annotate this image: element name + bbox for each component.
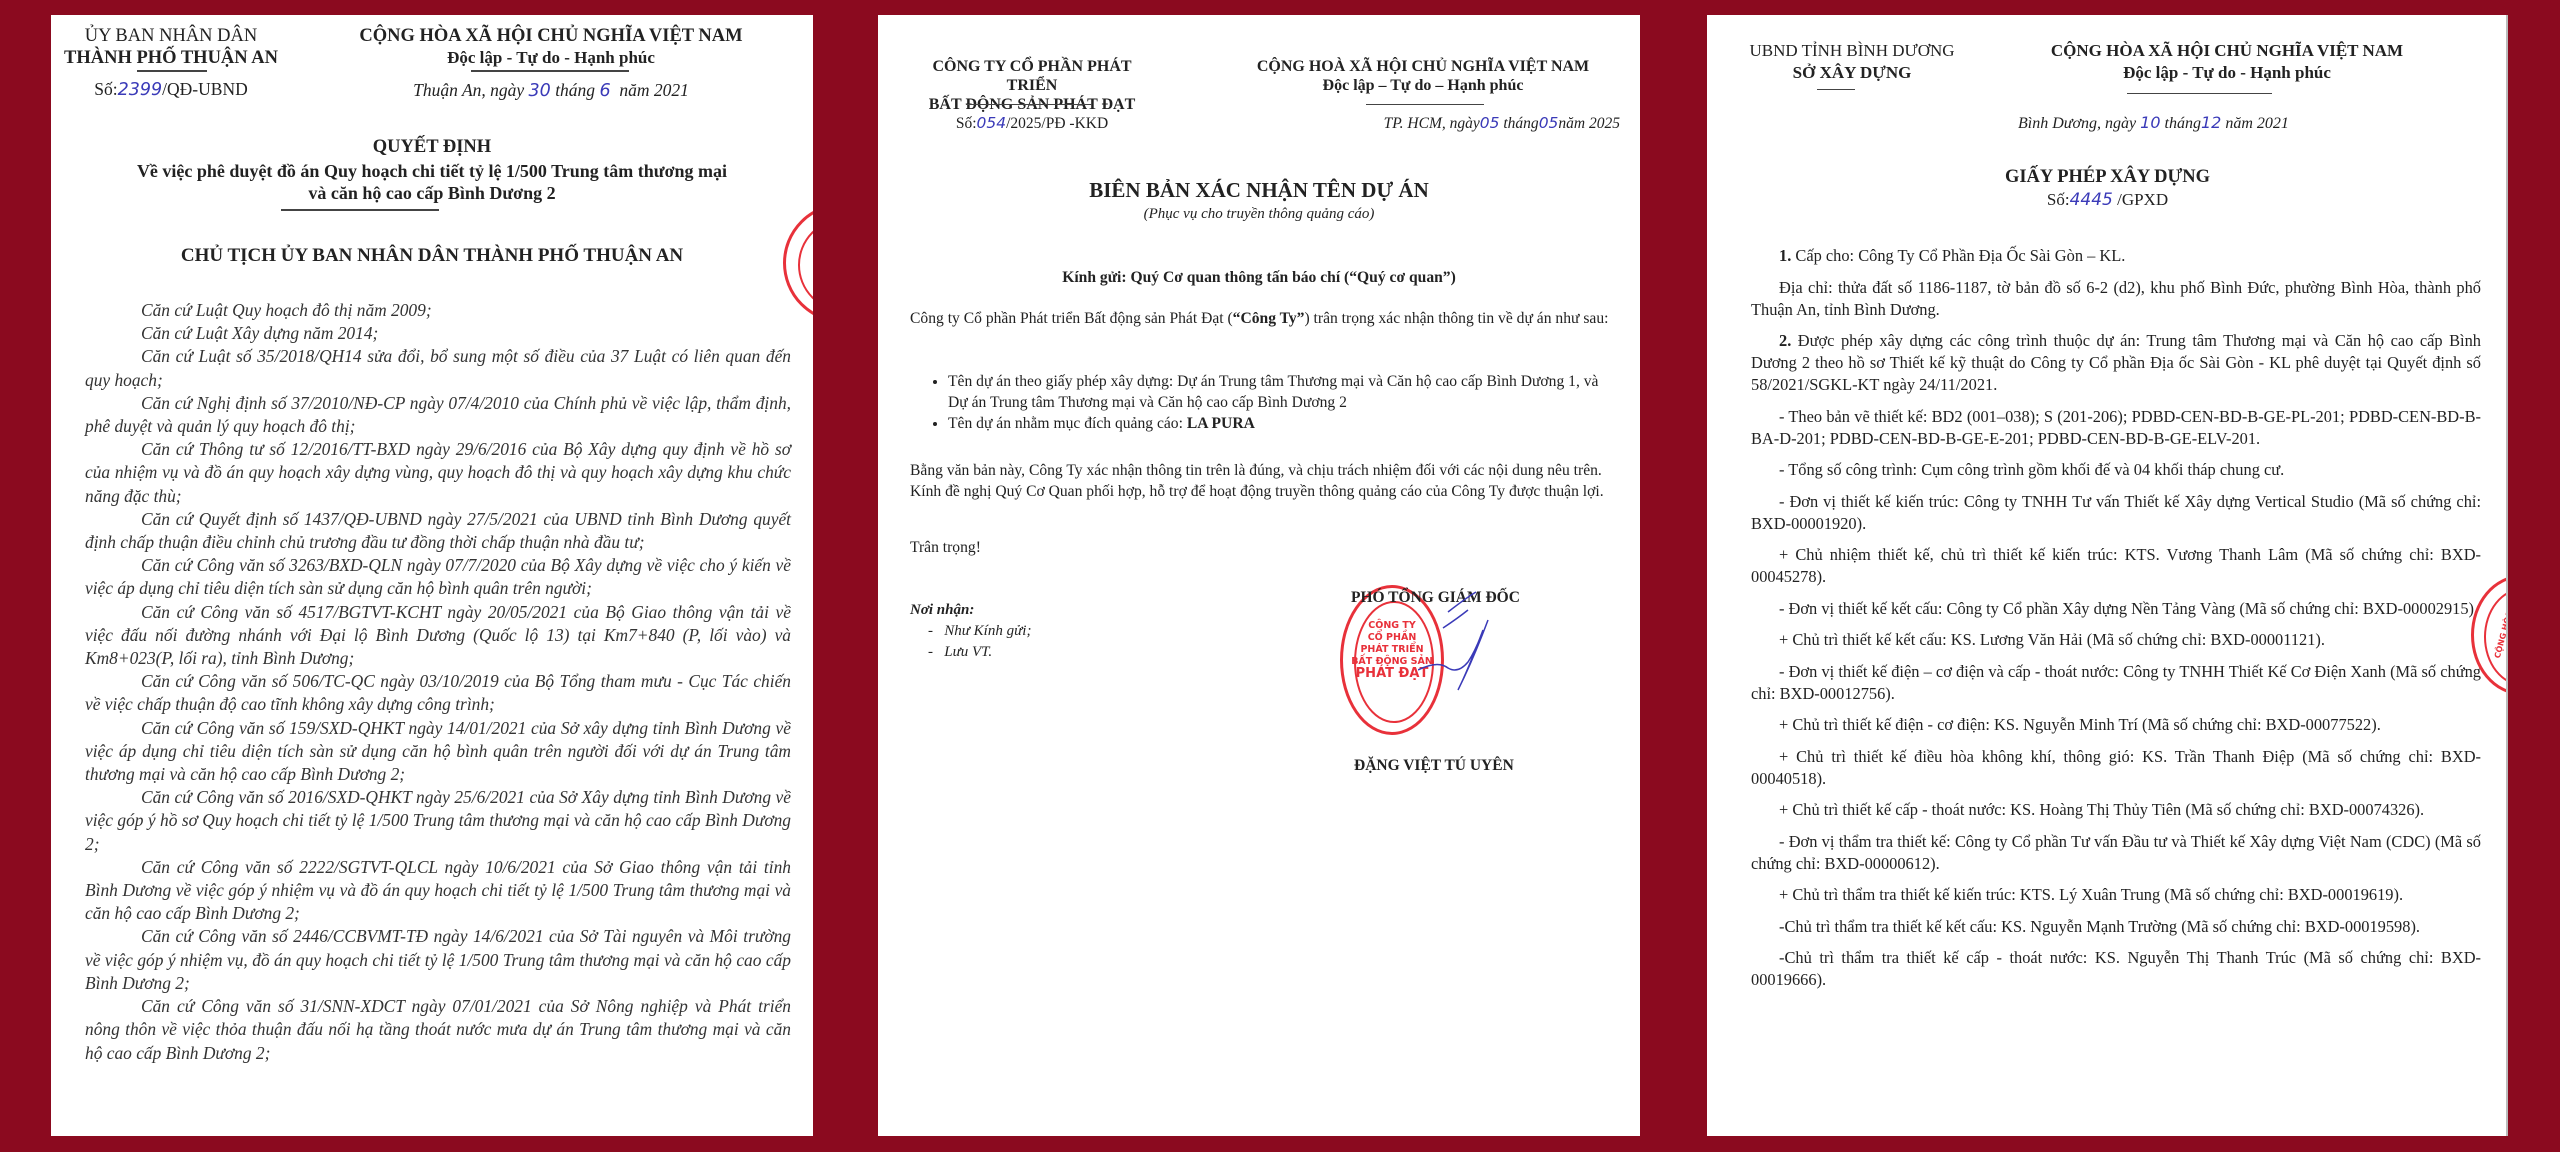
handwritten-number: 054 <box>977 114 1007 132</box>
handwritten-number: 2399 <box>118 80 163 100</box>
item-text: Địa chỉ: thửa đất số 1186-1187, tờ bản đ… <box>1751 278 2481 319</box>
item-number: 1. <box>1779 246 1791 265</box>
motto: Độc lập – Tự do – Hạnh phúc <box>1228 76 1618 95</box>
nation-heading: CỘNG HÒA XÃ HỘI CHỦ NGHĨA VIỆT NAM Độc l… <box>1967 40 2487 84</box>
issuer-block: CÔNG TY CỔ PHẦN PHÁT TRIỂN BẤT ĐỘNG SẢN … <box>908 57 1156 114</box>
motto: Độc lập - Tự do - Hạnh phúc <box>1967 62 2487 84</box>
permit-item: - Đơn vị thiết kế điện – cơ điện và cấp … <box>1751 661 2481 705</box>
project-name-item: Tên dự án nhằm mục đích quảng cáo: LA PU… <box>948 413 1610 434</box>
recipients-block: Nơi nhận: - Như Kính gửi;- Lưu VT. <box>910 600 1610 663</box>
intro-text-end: ) trân trọng xác nhận thông tin về dự án… <box>1304 310 1608 327</box>
divider <box>471 70 629 72</box>
number-prefix: Số: <box>94 79 117 99</box>
number-suffix: /2025/PĐ -KKD <box>1006 115 1108 132</box>
item-text: - Tổng số công trình: Cụm công trình gồm… <box>1779 460 2284 479</box>
permit-item: 1. Cấp cho: Công Ty Cổ Phần Địa Ốc Sài G… <box>1751 245 2481 267</box>
issue-date: TP. HCM, ngày05 tháng05năm 2025 <box>1384 114 1620 133</box>
item-text: - Đơn vị thiết kế kiến trúc: Công ty TNH… <box>1751 492 2481 533</box>
subtitle-line-2: và căn hộ cao cấp Bình Dương 2 <box>51 182 813 204</box>
legal-basis-clause: Căn cứ Luật Quy hoạch đô thị năm 2009; <box>85 299 791 322</box>
permit-item: -Chủ trì thẩm tra thiết kế cấp - thoát n… <box>1751 947 2481 991</box>
number-suffix: /GPXD <box>2117 190 2168 209</box>
permit-item: + Chủ trì thẩm tra thiết kế kiến trúc: K… <box>1751 884 2481 906</box>
recipient-item: - Như Kính gửi; <box>928 621 1610 642</box>
permit-item: - Theo bản vẽ thiết kế: BD2 (001–038); S… <box>1751 406 2481 450</box>
date-month: 6 <box>599 81 610 101</box>
legal-basis-clause: Căn cứ Công văn số 31/SNN-XDCT ngày 07/0… <box>85 995 791 1065</box>
item-text: -Chủ trì thẩm tra thiết kế kết cấu: KS. … <box>1779 917 2420 936</box>
intro-company-alias: “Công Ty” <box>1233 310 1305 327</box>
document-construction-permit: UBND TỈNH BÌNH DƯƠNG SỞ XÂY DỰNG CỘNG HÒ… <box>1707 15 2508 1136</box>
item-text: + Chủ trì thiết kế điện - cơ điện: KS. N… <box>1779 715 2381 734</box>
issuer-line-1: ỦY BAN NHÂN DÂN <box>61 25 281 47</box>
permit-item: + Chủ trì thiết kế kết cấu: KS. Lương Vă… <box>1751 629 2481 651</box>
permit-item: - Đơn vị thẩm tra thiết kế: Công ty Cổ p… <box>1751 831 2481 875</box>
date-prefix: Bình Dương, ngày <box>2018 115 2136 132</box>
divider <box>281 209 439 211</box>
date-prefix: Thuận An, ngày <box>413 80 524 100</box>
date-mid: tháng <box>555 80 595 100</box>
permit-item: - Đơn vị thiết kế kiến trúc: Công ty TNH… <box>1751 491 2481 535</box>
document-subtitle: Về việc phê duyệt đồ án Quy hoạch chi ti… <box>51 160 813 204</box>
item-text: - Đơn vị thẩm tra thiết kế: Công ty Cổ p… <box>1751 832 2481 873</box>
nation-title: CỘNG HÒA XÃ HỘI CHỦ NGHĨA VIỆT NAM <box>301 25 801 47</box>
divider <box>966 104 1092 105</box>
issue-date: Thuận An, ngày 30 tháng 6 năm 2021 <box>301 80 801 101</box>
legal-basis-clause: Căn cứ Công văn số 506/TC-QC ngày 03/10/… <box>85 670 791 716</box>
bullet-highlight: LA PURA <box>1187 415 1255 432</box>
issuer-line-2: SỞ XÂY DỰNG <box>1737 62 1967 84</box>
item-text: + Chủ trì thiết kế kết cấu: KS. Lương Vă… <box>1779 630 2325 649</box>
item-number: 2. <box>1779 331 1791 350</box>
issuer-line-1: CÔNG TY CỔ PHẦN PHÁT TRIỂN <box>908 57 1156 95</box>
date-month: 12 <box>2201 113 2221 132</box>
nation-title: CỘNG HÒA XÃ HỘI CHỦ NGHĨA VIỆT NAM <box>1967 40 2487 62</box>
item-text: + Chủ trì thẩm tra thiết kế kiến trúc: K… <box>1779 885 2403 904</box>
document-number: Số:2399/QĐ-UBND <box>61 79 281 100</box>
item-text: -Chủ trì thẩm tra thiết kế cấp - thoát n… <box>1751 948 2481 989</box>
permit-details: 1. Cấp cho: Công Ty Cổ Phần Địa Ốc Sài G… <box>1751 245 2481 1001</box>
legal-basis-clause: Căn cứ Công văn số 3263/BXD-QLN ngày 07/… <box>85 554 791 600</box>
legal-basis-clause: Căn cứ Quyết định số 1437/QĐ-UBND ngày 2… <box>85 508 791 554</box>
date-day: 10 <box>2140 113 2160 132</box>
item-text: + Chủ nhiệm thiết kế, chủ trì thiết kế k… <box>1751 545 2481 586</box>
intro-paragraph: Công ty Cổ phần Phát triển Bất động sản … <box>910 308 1610 329</box>
permit-item: -Chủ trì thẩm tra thiết kế kết cấu: KS. … <box>1751 916 2481 938</box>
legal-basis-clause: Căn cứ Công văn số 4517/BGTVT-KCHT ngày … <box>85 601 791 671</box>
divider <box>137 70 207 72</box>
confirmation-paragraph: Bằng văn bản này, Công Ty xác nhận thông… <box>910 460 1610 502</box>
nation-title: CỘNG HOÀ XÃ HỘI CHỦ NGHĨA VIỆT NAM <box>1228 57 1618 76</box>
item-text: - Đơn vị thiết kế điện – cơ điện và cấp … <box>1751 662 2481 703</box>
nation-heading: CỘNG HÒA XÃ HỘI CHỦ NGHĨA VIỆT NAM Độc l… <box>301 25 801 69</box>
intro-text: Công ty Cổ phần Phát triển Bất động sản … <box>910 310 1233 327</box>
date-suffix: năm 2025 <box>1558 115 1620 132</box>
date-prefix: TP. HCM, ngày <box>1384 115 1480 132</box>
document-number: Số:4445 /GPXD <box>1707 190 2508 210</box>
legal-basis-clause: Căn cứ Công văn số 159/SXD-QHKT ngày 14/… <box>85 717 791 787</box>
date-mid: tháng <box>2165 115 2201 132</box>
bullet-text: Tên dự án nhằm mục đích quảng cáo: <box>948 415 1187 432</box>
recipient-item: - Lưu VT. <box>928 642 1610 663</box>
permit-item: + Chủ trì thiết kế điều hòa không khí, t… <box>1751 746 2481 790</box>
date-day: 30 <box>529 81 551 101</box>
document-project-name-confirmation: CÔNG TY CỔ PHẦN PHÁT TRIỂN BẤT ĐỘNG SẢN … <box>878 15 1640 1136</box>
number-prefix: Số: <box>2047 190 2070 209</box>
date-month: 05 <box>1539 114 1559 132</box>
authority-heading: CHỦ TỊCH ỦY BAN NHÂN DÂN THÀNH PHỐ THUẬN… <box>51 245 813 267</box>
issuer-block: UBND TỈNH BÌNH DƯƠNG SỞ XÂY DỰNG <box>1737 40 1967 84</box>
signature-icon <box>1418 590 1498 710</box>
issuer-line-1: UBND TỈNH BÌNH DƯƠNG <box>1737 40 1967 62</box>
issue-date: Bình Dương, ngày 10 tháng12 năm 2021 <box>2018 113 2289 133</box>
legal-basis-clause: Căn cứ Luật Xây dựng năm 2014; <box>85 322 791 345</box>
permit-item: + Chủ trì thiết kế cấp - thoát nước: KS.… <box>1751 799 2481 821</box>
legal-basis-clause: Căn cứ Luật số 35/2018/QH14 sửa đổi, bổ … <box>85 345 791 391</box>
issuer-block: ỦY BAN NHÂN DÂN THÀNH PHỐ THUẬN AN <box>61 25 281 69</box>
project-name-item: Tên dự án theo giấy phép xây dựng: Dự án… <box>948 371 1610 413</box>
permit-item: Địa chỉ: thửa đất số 1186-1187, tờ bản đ… <box>1751 277 2481 321</box>
document-title: BIÊN BẢN XÁC NHẬN TÊN DỰ ÁN <box>878 178 1640 203</box>
legal-basis-clause: Căn cứ Công văn số 2446/CCBVMT-TĐ ngày 1… <box>85 925 791 995</box>
legal-basis-list: Căn cứ Luật Quy hoạch đô thị năm 2009;Că… <box>85 299 791 1065</box>
bullet-text: Tên dự án theo giấy phép xây dựng: Dự án… <box>948 373 1598 411</box>
signer-name: ĐẶNG VIỆT TÚ UYÊN <box>1354 757 1514 775</box>
handwritten-number: 4445 <box>2070 190 2113 210</box>
item-text: + Chủ trì thiết kế điều hòa không khí, t… <box>1751 747 2481 788</box>
legal-basis-clause: Căn cứ Công văn số 2222/SGTVT-QLCL ngày … <box>85 856 791 926</box>
document-title: QUYẾT ĐỊNH <box>51 137 813 158</box>
date-mid: tháng <box>1503 115 1538 132</box>
legal-basis-clause: Căn cứ Nghị định số 37/2010/NĐ-CP ngày 0… <box>85 392 791 438</box>
motto: Độc lập - Tự do - Hạnh phúc <box>301 47 801 69</box>
permit-item: - Đơn vị thiết kế kết cấu: Công ty Cổ ph… <box>1751 598 2481 620</box>
legal-basis-clause: Căn cứ Thông tư số 12/2016/TT-BXD ngày 2… <box>85 438 791 508</box>
salutation: Kính gửi: Quý Cơ quan thông tấn báo chí … <box>878 269 1640 287</box>
document-subtitle: (Phục vụ cho truyền thông quảng cáo) <box>878 206 1640 223</box>
item-text: - Đơn vị thiết kế kết cấu: Công ty Cổ ph… <box>1779 599 2478 618</box>
document-number: Số:054/2025/PĐ -KKD <box>908 114 1156 133</box>
document-title: GIẤY PHÉP XÂY DỰNG <box>1707 167 2508 188</box>
project-name-list: Tên dự án theo giấy phép xây dựng: Dự án… <box>910 371 1610 434</box>
permit-item: - Tổng số công trình: Cụm công trình gồm… <box>1751 459 2481 481</box>
permit-item: + Chủ trì thiết kế điện - cơ điện: KS. N… <box>1751 714 2481 736</box>
divider <box>1817 89 1855 90</box>
issuer-line-2: THÀNH PHỐ THUẬN AN <box>61 47 281 69</box>
nation-heading: CỘNG HOÀ XÃ HỘI CHỦ NGHĨA VIỆT NAM Độc l… <box>1228 57 1618 95</box>
item-text: - Theo bản vẽ thiết kế: BD2 (001–038); S… <box>1751 407 2481 448</box>
subtitle-line-1: Về việc phê duyệt đồ án Quy hoạch chi ti… <box>51 160 813 182</box>
document-decision-thuan-an: ỦY BAN NHÂN DÂN THÀNH PHỐ THUẬN AN Số:23… <box>51 15 813 1136</box>
number-suffix: /QĐ-UBND <box>162 79 248 99</box>
item-text: Cấp cho: Công Ty Cổ Phần Địa Ốc Sài Gòn … <box>1791 246 2125 265</box>
item-text: Được phép xây dựng các công trình thuộc … <box>1751 331 2481 394</box>
date-suffix: năm 2021 <box>619 80 689 100</box>
item-text: + Chủ trì thiết kế cấp - thoát nước: KS.… <box>1779 800 2424 819</box>
permit-item: + Chủ nhiệm thiết kế, chủ trì thiết kế k… <box>1751 544 2481 588</box>
divider <box>1366 104 1484 105</box>
legal-basis-clause: Căn cứ Công văn số 2016/SXD-QHKT ngày 25… <box>85 786 791 856</box>
closing: Trân trọng! <box>910 537 1610 558</box>
permit-item: 2. Được phép xây dựng các công trình thu… <box>1751 330 2481 396</box>
date-suffix: năm 2021 <box>2225 115 2289 132</box>
number-prefix: Số: <box>956 115 977 132</box>
date-day: 05 <box>1480 114 1500 132</box>
divider <box>2127 93 2272 94</box>
